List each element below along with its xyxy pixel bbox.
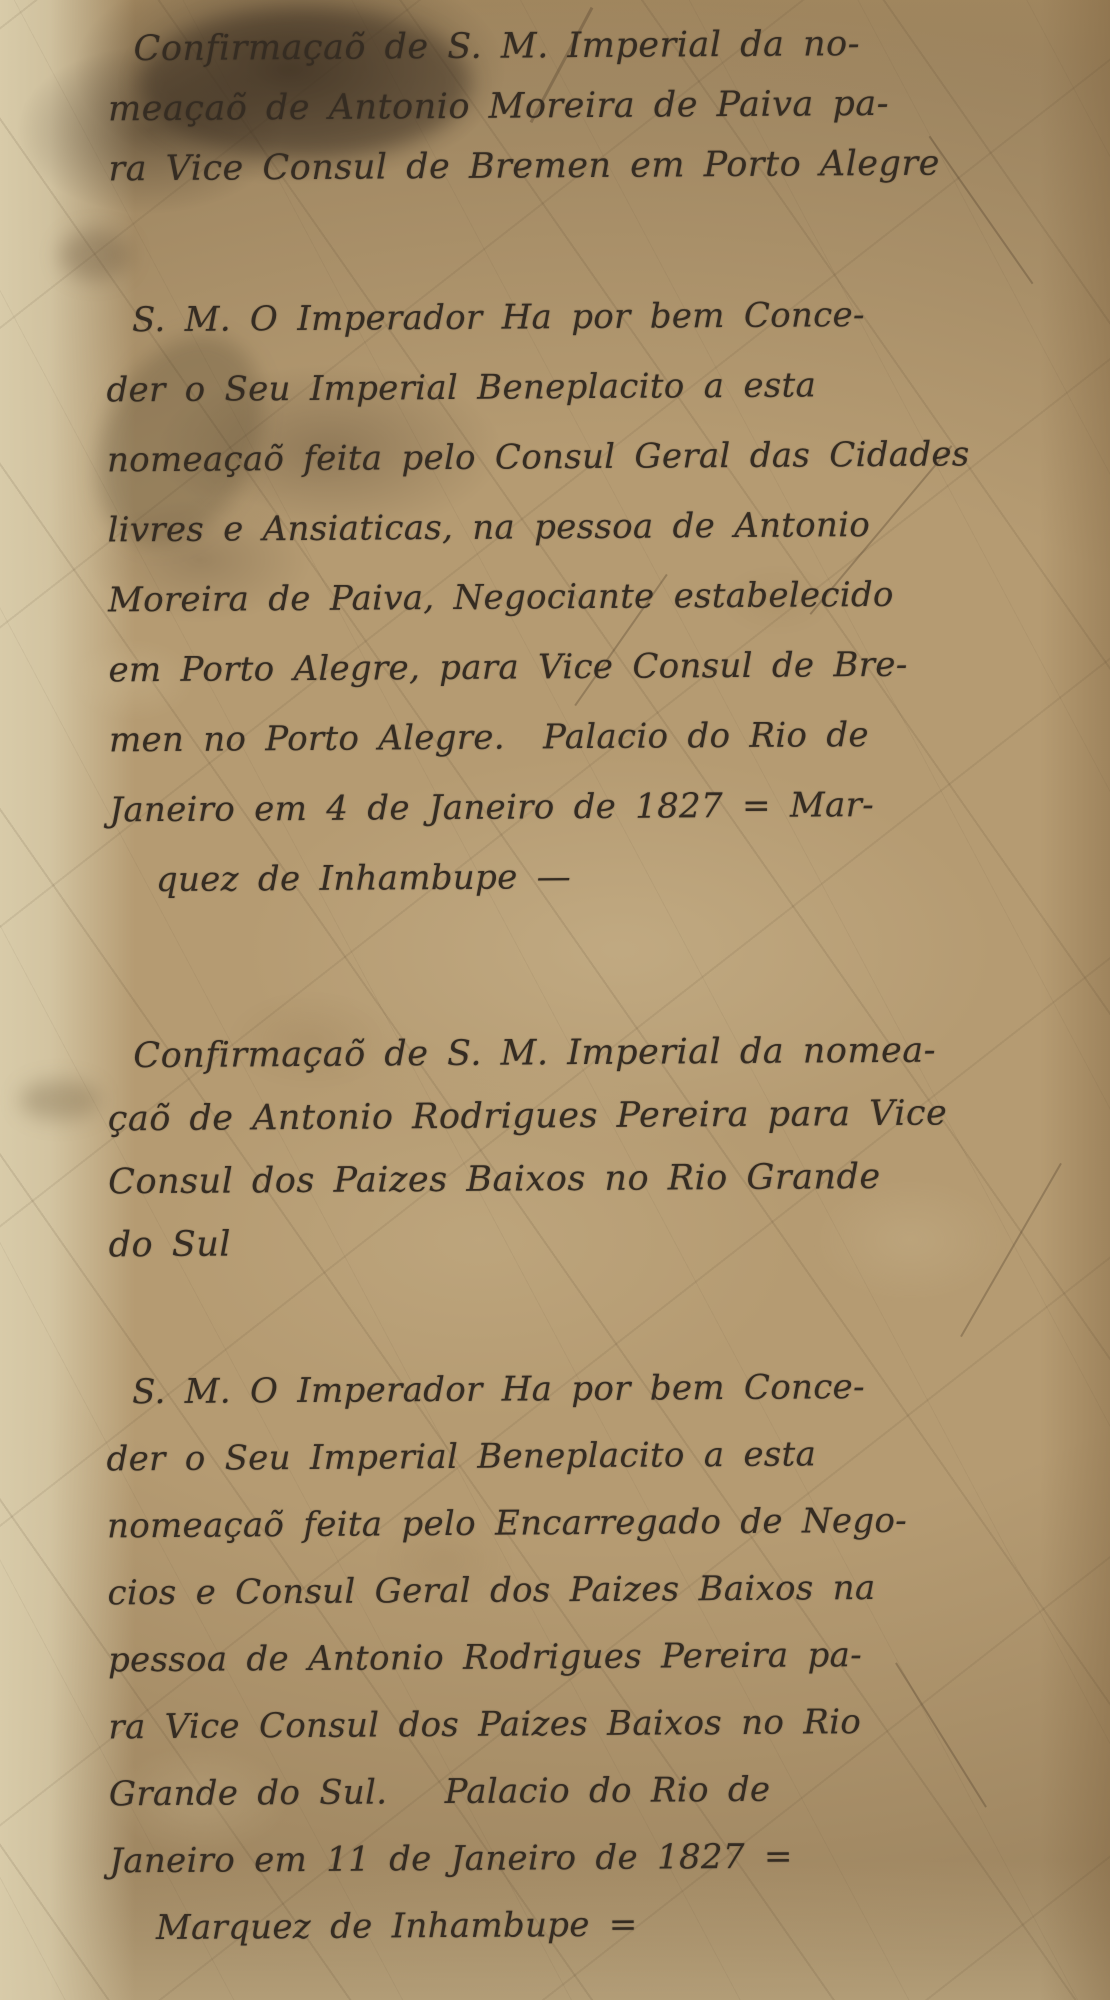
body-line: der o Seu Imperial Beneplacito a esta	[106, 349, 1070, 426]
margin-stain-lower	[20, 1080, 100, 1120]
heading-line: Confirmaçaõ de S. M. Imperial da no-	[107, 13, 1071, 80]
body-line: pessoa de Antonio Rodrigues Pereira pa-	[108, 1621, 1072, 1695]
body-line: der o Seu Imperial Beneplacito a esta	[106, 1420, 1070, 1494]
body-line: men no Porto Alegre. Palacio do Rio de	[109, 699, 1073, 776]
entry1-body: S. M. O Imperador Ha por bem Conce- der …	[106, 279, 1074, 916]
entry1-heading: Confirmaçaõ de S. M. Imperial da no- mea…	[107, 13, 1072, 200]
heading-line: çaõ de Antonio Rodrigues Pereira para Vi…	[108, 1082, 1072, 1152]
body-line: quez de Inhambupe —	[110, 839, 1074, 916]
body-line: cios e Consul Geral dos Paizes Baixos na	[107, 1554, 1071, 1628]
body-line: S. M. O Imperador Ha por bem Conce-	[106, 279, 1070, 356]
margin-stain-upper	[60, 230, 130, 280]
body-line: S. M. O Imperador Ha por bem Conce-	[106, 1353, 1070, 1427]
manuscript-page: { "document": { "kind": "handwritten man…	[0, 0, 1110, 2000]
body-line: Grande do Sul. Palacio do Rio de	[109, 1755, 1073, 1829]
body-line: nomeaçaõ feita pelo Encarregado de Nego-	[107, 1487, 1071, 1561]
heading-line: ra Vice Consul de Bremen em Porto Alegre	[108, 133, 1072, 200]
body-line: Moreira de Paiva, Negociante estabelecid…	[108, 559, 1072, 636]
body-line: livres e Ansiaticas, na pessoa de Antoni…	[107, 489, 1071, 566]
body-line: ra Vice Consul dos Paizes Baixos no Rio	[108, 1688, 1072, 1762]
body-line: em Porto Alegre, para Vice Consul de Bre…	[108, 629, 1072, 706]
body-line: Janeiro em 11 de Janeiro de 1827 =	[109, 1822, 1073, 1896]
heading-line: do Sul	[108, 1208, 1072, 1278]
body-line: nomeaçaõ feita pelo Consul Geral das Cid…	[107, 419, 1071, 496]
entry2-heading: Confirmaçaõ de S. M. Imperial da nomea- …	[107, 1019, 1073, 1278]
entry2-body: S. M. O Imperador Ha por bem Conce- der …	[106, 1353, 1074, 1963]
heading-line: Consul dos Paizes Baixos no Rio Grande	[108, 1145, 1072, 1215]
heading-line: Confirmaçaõ de S. M. Imperial da nomea-	[107, 1019, 1071, 1089]
body-line: Janeiro em 4 de Janeiro de 1827 = Mar-	[109, 769, 1073, 846]
body-line: Marquez de Inhambupe =	[110, 1889, 1074, 1963]
heading-line: meaçaõ de Antonio Moreira de Paiva pa-	[108, 73, 1072, 140]
